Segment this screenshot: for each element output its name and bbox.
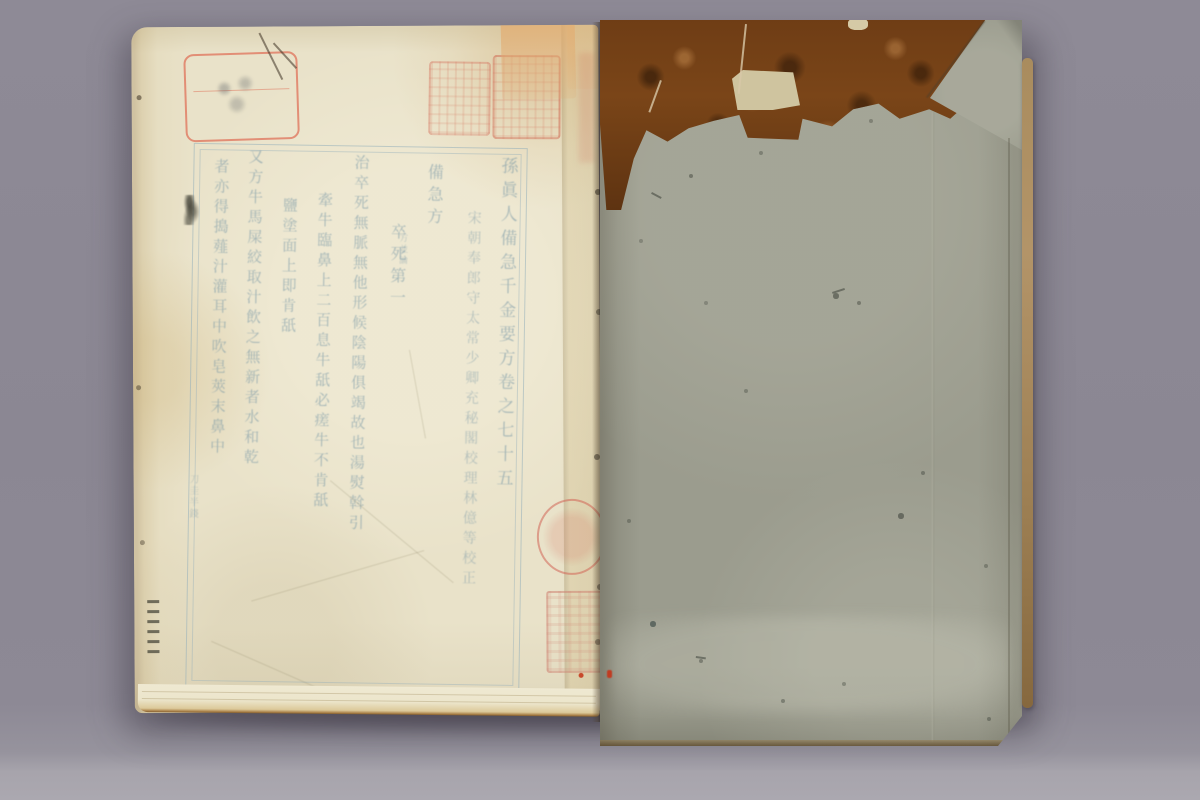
- fiber-dash: [651, 192, 662, 199]
- small-annotation-column: 刀圭半錢: [185, 474, 200, 520]
- leather-chip: [848, 20, 868, 30]
- leather-crack: [648, 80, 662, 113]
- title-column: 孫眞人備急千金要方卷之七十五: [490, 157, 520, 493]
- fore-edge-strip: [1022, 58, 1033, 708]
- tape-repair-patch: [500, 25, 576, 100]
- cover-bottom-edge: [600, 740, 1022, 746]
- chapter-heading-note: 方並論: [396, 233, 410, 266]
- gutter-specks: [596, 22, 600, 26]
- missing-leather-patch: [732, 70, 800, 110]
- page-edge-line: [142, 698, 596, 704]
- fiber-dash: [832, 288, 845, 294]
- photo-of-antique-book: 孫眞人備急千金要方卷之七十五 宋朝奉郎守太常少卿充秘閣校理林億等校正 備急方 卒…: [0, 0, 1200, 800]
- rectangular-collection-stamp: [183, 51, 300, 143]
- leather-spine-strip: [600, 20, 1022, 210]
- page-edge-line: [142, 691, 596, 697]
- stamp-pencil-marks: [206, 69, 268, 117]
- page-stack-bottom-edge: [138, 684, 600, 717]
- red-ink-dot: [579, 673, 584, 678]
- cover-light-band: [610, 616, 1010, 712]
- left-flyleaf-page: 孫眞人備急千金要方卷之七十五 宋朝奉郎守太常少卿充秘閣校理林億等校正 備急方 卒…: [131, 25, 602, 713]
- binding-stitch-marks: [131, 27, 134, 30]
- vertical-cover-crease: [932, 112, 934, 742]
- spine-ink-label: [147, 597, 159, 653]
- grey-paper-cover: [600, 20, 1022, 746]
- ink-scribble-annotation: [183, 195, 199, 225]
- small-red-mark: [607, 670, 612, 678]
- showthrough-text-frame: 孫眞人備急千金要方卷之七十五 宋朝奉郎守太常少卿充秘閣校理林億等校正 備急方 卒…: [185, 143, 528, 692]
- body-text-column-3: 鹽塗面上即肯舐: [278, 197, 301, 337]
- cover-flap-edge: [1008, 138, 1010, 738]
- section-title-column: 備急方: [422, 164, 446, 230]
- square-seal-left: [428, 61, 491, 136]
